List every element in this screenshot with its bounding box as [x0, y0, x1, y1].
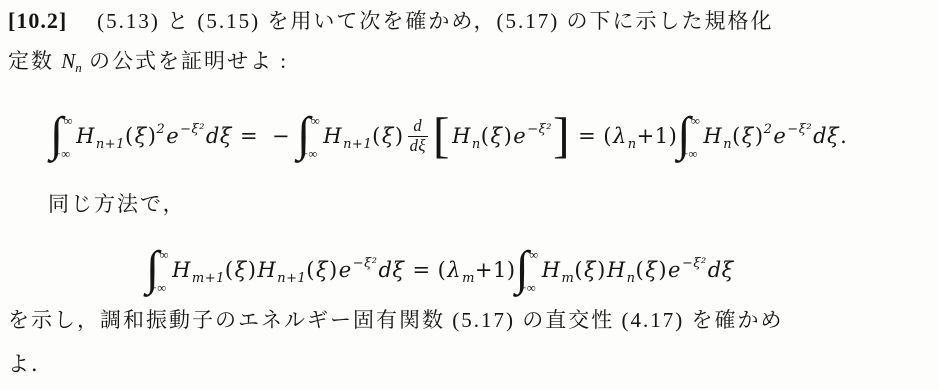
- math-subscript: m+1: [192, 271, 225, 286]
- problem-text-line2-post: の公式を証明せよ :: [82, 49, 288, 73]
- problem-text-line1: (5.13) と (5.15) を用いて次を確かめ，(5.17) の下に示した規…: [97, 9, 773, 33]
- math-variable: λ: [612, 124, 628, 148]
- math-subscript: n: [627, 271, 636, 286]
- math-text: (: [225, 258, 234, 282]
- closing-text-line2: よ．: [8, 349, 54, 379]
- problem-number: [10.2]: [8, 8, 67, 33]
- math-text: 1: [493, 258, 507, 282]
- equation-normalization: ∫∞−∞Hn+1(ξ)2e−ξ²dξ=−∫∞−∞Hn+1(ξ)ddξ[Hn(ξ)…: [50, 99, 847, 161]
- integral-sign: ∫∞−∞: [50, 113, 73, 163]
- math-text: (: [574, 258, 583, 282]
- math-variable: dξ: [377, 258, 405, 282]
- math-text: (: [125, 124, 134, 148]
- math-text: (: [603, 124, 612, 148]
- math-superscript: −ξ²: [180, 122, 205, 137]
- math-text: 1: [655, 124, 669, 148]
- math-fraction: ddξ: [408, 117, 428, 156]
- integral-sign: ∫∞−∞: [146, 247, 169, 297]
- integral-sign: ∫∞−∞: [516, 247, 539, 297]
- math-variable: H: [541, 258, 562, 282]
- closing-text-line1: を示し，調和振動子のエネルギー固有関数 (5.17) の直交性 (4.17) を…: [8, 305, 783, 335]
- math-variable: H: [322, 124, 343, 148]
- math-variable: ξ: [644, 258, 658, 282]
- problem-statement-line1: [10.2](5.13) と (5.15) を用いて次を確かめ，(5.17) の…: [8, 6, 774, 36]
- math-variable: dξ: [812, 124, 840, 148]
- math-text: ): [755, 124, 764, 148]
- math-text: −: [272, 124, 290, 148]
- math-text: +: [475, 258, 493, 282]
- math-superscript: −ξ²: [682, 256, 707, 271]
- integral-sign: ∫∞−∞: [297, 113, 320, 163]
- math-variable: ξ: [381, 124, 395, 148]
- math-variable: H: [606, 258, 627, 282]
- math-text: ): [507, 258, 516, 282]
- math-variable: H: [702, 124, 723, 148]
- math-variable: dξ: [205, 124, 233, 148]
- math-bracket: ]: [553, 110, 570, 160]
- math-text: (: [732, 124, 741, 148]
- math-text: (: [372, 124, 381, 148]
- problem-statement-line2: 定数 Nn の公式を証明せよ :: [8, 46, 288, 83]
- math-variable: H: [256, 258, 277, 282]
- math-text: =: [240, 124, 258, 148]
- math-variable: ξ: [489, 124, 503, 148]
- math-text: ): [669, 124, 678, 148]
- math-text: (: [306, 258, 315, 282]
- math-variable: H: [75, 124, 96, 148]
- math-text: ): [395, 124, 404, 148]
- math-superscript: 2: [156, 122, 165, 137]
- math-variable: e: [165, 124, 180, 148]
- problem-text-line2-pre: 定数: [8, 49, 61, 73]
- math-text: +: [637, 124, 655, 148]
- integral-sign: ∫∞−∞: [677, 113, 700, 163]
- math-text: (: [438, 258, 447, 282]
- math-subscript: n+1: [96, 137, 125, 152]
- math-subscript: n+1: [277, 271, 306, 286]
- math-superscript: −ξ²: [787, 122, 812, 137]
- math-text: .: [840, 124, 847, 148]
- math-variable: H: [171, 258, 192, 282]
- math-variable: ξ: [234, 258, 248, 282]
- math-subscript: n: [472, 137, 481, 152]
- math-subscript: n+1: [343, 137, 372, 152]
- math-subscript: n: [628, 137, 637, 152]
- math-superscript: −ξ²: [527, 122, 552, 137]
- math-variable: ξ: [134, 124, 148, 148]
- math-variable: H: [451, 124, 472, 148]
- textbook-page: { "page": {"background": "#fdfdfb", "ink…: [0, 0, 939, 390]
- math-variable: λ: [446, 258, 462, 282]
- math-subscript: n: [723, 137, 732, 152]
- math-subscript: m: [562, 271, 575, 286]
- math-subscript: m: [462, 271, 475, 286]
- math-text: (: [636, 258, 645, 282]
- math-text: =: [578, 124, 596, 148]
- math-superscript: −ξ²: [353, 256, 378, 271]
- math-bracket: [: [433, 110, 450, 160]
- math-variable: e: [338, 258, 353, 282]
- math-variable: ξ: [741, 124, 755, 148]
- math-text: ): [597, 258, 606, 282]
- math-text: ): [504, 124, 513, 148]
- normalization-constant-var: N: [61, 49, 75, 73]
- equation-orthogonality: ∫∞−∞Hm+1(ξ)Hn+1(ξ)e−ξ²dξ=(λm+1)∫∞−∞Hm(ξ)…: [146, 233, 735, 295]
- same-method-text: 同じ方法で，: [48, 189, 186, 219]
- math-variable: e: [667, 258, 682, 282]
- math-text: ): [329, 258, 338, 282]
- math-text: ): [658, 258, 667, 282]
- math-text: =: [412, 258, 430, 282]
- math-variable: e: [772, 124, 787, 148]
- math-variable: ξ: [315, 258, 329, 282]
- math-variable: ξ: [583, 258, 597, 282]
- math-variable: e: [512, 124, 527, 148]
- math-variable: dξ: [707, 258, 735, 282]
